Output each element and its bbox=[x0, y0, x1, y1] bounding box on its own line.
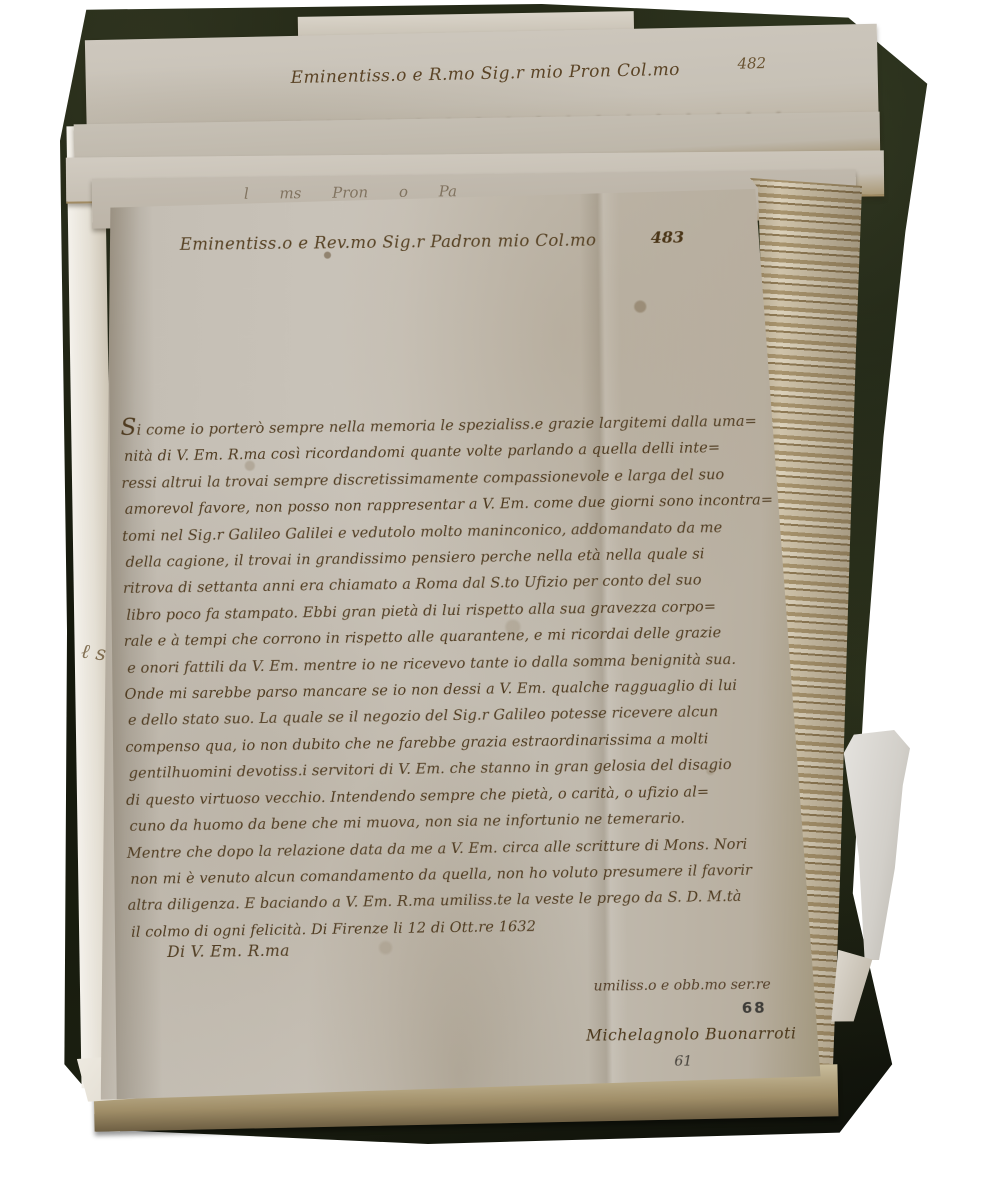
archival-stamp-number: 68 bbox=[742, 999, 767, 1017]
letter-body: Si come io porterò sempre nella memoria … bbox=[120, 405, 784, 946]
top-sheet-page-number: 482 bbox=[737, 54, 766, 73]
lower-stamp-number: 61 bbox=[674, 1054, 692, 1070]
manuscript-page: Eminentiss.o e Rev.mo Sig.r Padron mio C… bbox=[87, 186, 823, 1106]
top-sheet-header: Eminentiss.o e R.mo Sig.r mio Pron Col.m… bbox=[290, 60, 680, 88]
edge-ink-marks: ℓ s bbox=[78, 630, 109, 675]
letter-page-number: 483 bbox=[651, 228, 685, 247]
letter-closing: Di V. Em. R.ma bbox=[167, 942, 290, 961]
letter-signature: Michelagnolo Buonarroti bbox=[586, 1024, 797, 1044]
photograph: ℓ s Eminentiss.o e R.mo Sig.r mio Pron C… bbox=[0, 0, 984, 1202]
letter-header: Eminentiss.o e Rev.mo Sig.r Padron mio C… bbox=[180, 230, 597, 253]
letter-valediction: umiliss.o e obb.mo ser.re bbox=[593, 977, 770, 995]
